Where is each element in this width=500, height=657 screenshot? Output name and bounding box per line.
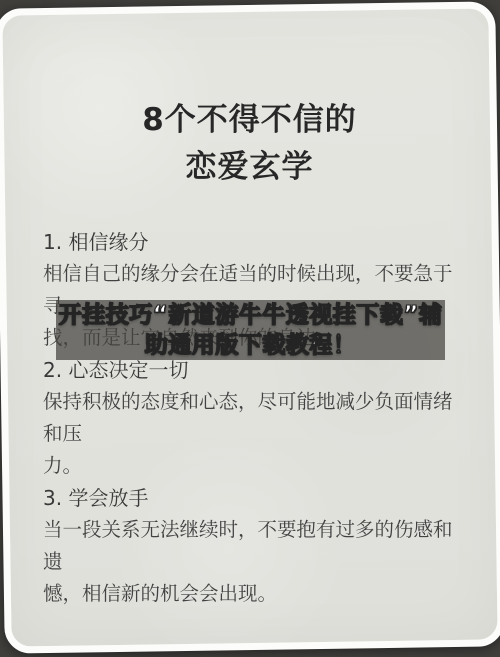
page-title-line-1: 8个不得不信的 <box>43 97 456 144</box>
ad-banner-line-1: 开挂技巧“新道游牛牛透视挂下载”辅 <box>56 300 445 330</box>
section-3-body-line-2: 憾，相信新的机会会出现。 <box>43 578 456 610</box>
section-3-heading: 3. 学会放手 <box>43 482 456 514</box>
section-2-body-line-2: 力。 <box>43 450 456 482</box>
ad-banner-line-2: 助通用版下载教程！ <box>56 330 445 360</box>
section-1-heading: 1. 相信缘分 <box>43 226 456 258</box>
page-title: 8个不得不信的 恋爱玄学 <box>43 97 456 191</box>
section-2-body-line-1: 保持积极的态度和心态，尽可能地减少负面情绪和压 <box>43 386 456 450</box>
section-3-let-go: 3. 学会放手 当一段关系无法继续时，不要抱有过多的伤感和遗 憾，相信新的机会会… <box>43 482 456 610</box>
poster-content: 8个不得不信的 恋爱玄学 1. 相信缘分 相信自己的缘分会在适当的时候出现，不要… <box>0 0 500 657</box>
page-title-line-2: 恋爱玄学 <box>43 144 456 191</box>
section-3-body-line-1: 当一段关系无法继续时，不要抱有过多的伤感和遗 <box>43 514 456 578</box>
ad-overlay-banner[interactable]: 开挂技巧“新道游牛牛透视挂下载”辅 助通用版下载教程！ <box>56 300 445 360</box>
section-2-mindset: 2. 心态决定一切 保持积极的态度和心态，尽可能地减少负面情绪和压 力。 <box>43 354 456 482</box>
